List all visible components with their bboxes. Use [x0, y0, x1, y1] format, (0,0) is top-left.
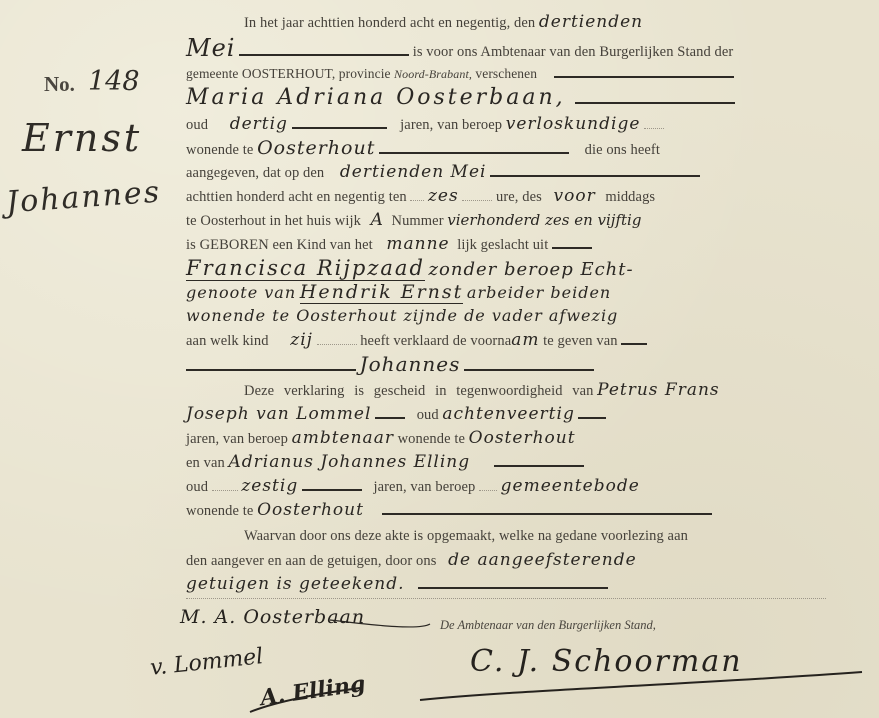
document-page: No. 148 Ernst Johannes In het jaar achtt…: [0, 0, 879, 718]
signature-flourishes: [0, 0, 879, 718]
